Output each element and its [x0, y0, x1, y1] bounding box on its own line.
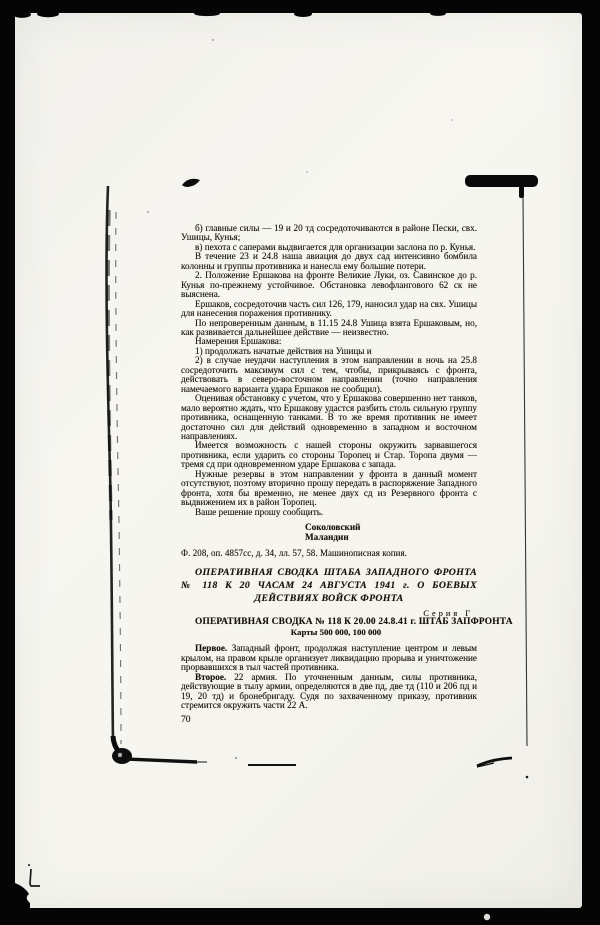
paragraph: Ваше решение прошу сообщить.: [181, 508, 477, 517]
scan-border-right: [582, 0, 600, 925]
paragraph: По непроверенным данным, в 11.15 24.8 Уш…: [181, 319, 477, 338]
paragraph-lead: Второе.: [195, 672, 226, 682]
paragraph: Ершаков, сосредоточив часть сил 126, 179…: [181, 300, 477, 319]
document-title: ОПЕРАТИВНАЯ СВОДКА ШТАБА ЗАПАДНОГО ФРОНТ…: [181, 566, 477, 606]
scanned-book-page: { "colors": { "paper": "#f5f4ee", "ink":…: [0, 0, 600, 925]
operational-report: ОПЕРАТИВНАЯ СВОДКА ШТАБА ЗАПАДНОГО ФРОНТ…: [181, 566, 477, 724]
paragraph: Первое. Западный фронт, продолжая наступ…: [181, 644, 477, 673]
signature-name: Маландин: [305, 532, 477, 542]
paragraph: б) главные силы — 19 и 20 тд сосредоточи…: [181, 224, 477, 243]
scan-border-left: [0, 0, 15, 925]
scan-border-top: [0, 0, 600, 13]
paragraph: 2) в случае неудачи наступления в этом н…: [181, 356, 477, 394]
archive-reference: Ф. 208, оп. 4857сс, д. 34, лл. 57, 58. М…: [181, 549, 477, 558]
page-number: 70: [181, 715, 477, 725]
scan-border-bottom: [0, 908, 600, 925]
signature-name: Соколовский: [305, 522, 477, 532]
maps-note: Карты 500 000, 100 000: [181, 628, 477, 638]
paragraph: Оценивая обстановку с учетом, что у Ерша…: [181, 394, 477, 441]
signature-block: Соколовский Маландин: [305, 522, 477, 542]
scan-frame: б) главные силы — 19 и 20 тд сосредоточи…: [0, 0, 600, 925]
paragraph-lead: Первое.: [195, 643, 227, 653]
paragraph: В течение 23 и 24.8 наша авиация до двух…: [181, 252, 477, 271]
paragraph: Нужные резервы в этом направлении у фрон…: [181, 470, 477, 508]
paragraph-text: 22 армия. По уточненным данным, силы про…: [181, 672, 477, 711]
document-body-text: б) главные силы — 19 и 20 тд сосредоточи…: [181, 224, 477, 559]
paragraph: Второе. 22 армия. По уточненным данным, …: [181, 673, 477, 711]
paragraph: Имеется возможность с нашей стороны окру…: [181, 441, 477, 469]
paragraph: 2. Положение Ершакова на фронте Великие …: [181, 271, 477, 299]
